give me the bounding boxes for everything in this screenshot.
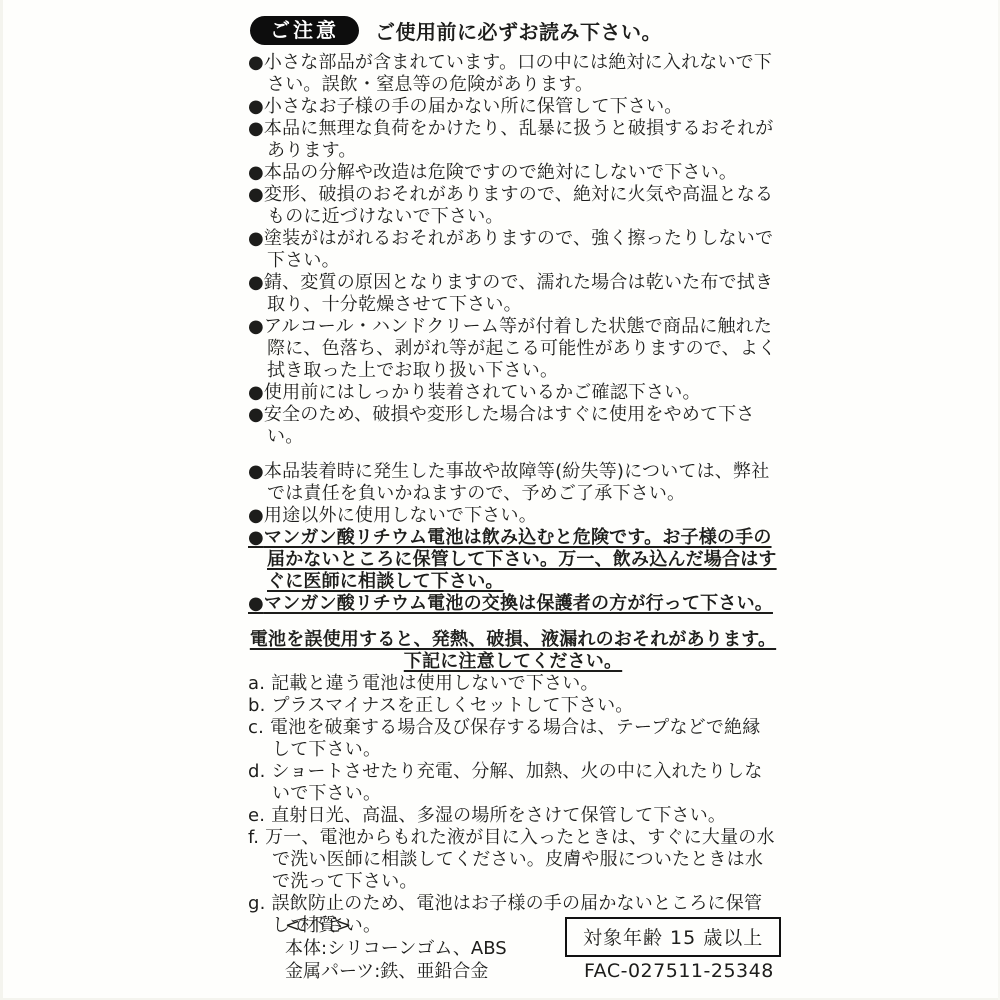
bullet-icon: ● — [248, 527, 264, 548]
materials-block: <材質> 本体:シリコーンゴム、ABS 金属パーツ:鉄、亜鉛合金 — [285, 914, 507, 983]
bullet-icon: ● — [248, 272, 264, 293]
materials-title: <材質> — [285, 914, 507, 937]
general-warnings-list: ●小さな部品が含まれています。口の中には絶対に入れないで下さい。誤飲・窒息等の危… — [248, 52, 778, 448]
liability-warnings-list: ●本品装着時に発生した事故や故障等(紛失等)については、弊社では責任を負いかねま… — [248, 461, 778, 615]
battery-warning-underlined: ●マンガン酸リチウム電池の交換は保護者の方が行って下さい。 — [248, 593, 778, 615]
warning-item: ●小さなお子様の手の届かない所に保管して下さい。 — [248, 96, 778, 118]
battery-caution-list: a. 記載と違う電池は使用しないで下さい。 b. プラスマイナスを正しくセットし… — [248, 673, 778, 937]
material-line: 金属パーツ:鉄、亜鉛合金 — [285, 960, 507, 983]
battery-caution-heading-line2: 下記に注意してください。 — [248, 651, 778, 673]
battery-item-f: f. 万一、電池からもれた液が目に入ったときは、すぐに大量の水で洗い医師に相談し… — [248, 827, 778, 893]
item-label: b. — [248, 695, 266, 716]
bullet-icon: ● — [248, 505, 264, 526]
item-label: d. — [248, 761, 266, 782]
battery-caution-section: 電池を誤使用すると、発熱、破損、液漏れのおそれがあります。 下記に注意してくださ… — [248, 629, 778, 937]
item-label: g. — [248, 893, 266, 914]
warning-text: 使用前にはしっかり装着されているかご確認下さい。 — [264, 382, 701, 403]
item-text: 万一、電池からもれた液が目に入ったときは、すぐに大量の水で洗い医師に相談してくだ… — [265, 827, 775, 892]
caution-badge: ご注意 — [250, 16, 359, 45]
bullet-icon: ● — [248, 52, 264, 73]
bullet-icon: ● — [248, 96, 264, 117]
warning-text: 本品装着時に発生した事故や故障等(紛失等)については、弊社では責任を負いかねます… — [264, 461, 769, 504]
item-label: a. — [248, 673, 265, 694]
battery-item-c: c. 電池を破棄する場合及び保存する場合は、テープなどで絶縁して下さい。 — [248, 717, 778, 761]
bullet-icon: ● — [248, 382, 264, 403]
warning-text: 塗装がはがれるおそれがありますので、強く擦ったりしないで下さい。 — [264, 228, 773, 271]
warning-item: ●錆、変質の原因となりますので、濡れた場合は乾いた布で拭き取り、十分乾燥させて下… — [248, 272, 778, 316]
warning-item: ●使用前にはしっかり装着されているかご確認下さい。 — [248, 382, 778, 404]
battery-item-d: d. ショートさせたり充電、分解、加熱、火の中に入れたりしないで下さい。 — [248, 761, 778, 805]
item-text: プラスマイナスを正しくセットして下さい。 — [271, 695, 633, 716]
warning-item: ●アルコール・ハンドクリーム等が付着した状態で商品に触れた際に、色落ち、剥がれ等… — [248, 316, 778, 382]
warning-item: ●本品装着時に発生した事故や故障等(紛失等)については、弊社では責任を負いかねま… — [248, 461, 778, 505]
warning-text: 小さなお子様の手の届かない所に保管して下さい。 — [264, 96, 683, 117]
age-limit-box: 対象年齢 15 歳以上 — [565, 917, 781, 957]
item-text: ショートさせたり充電、分解、加熱、火の中に入れたりしないで下さい。 — [271, 761, 762, 804]
material-line: 本体:シリコーンゴム、ABS — [285, 937, 507, 960]
warning-item: ●本品の分解や改造は危険ですので絶対にしないで下さい。 — [248, 162, 778, 184]
warning-text: 錆、変質の原因となりますので、濡れた場合は乾いた布で拭き取り、十分乾燥させて下さ… — [264, 272, 773, 315]
warning-item: ●変形、破損のおそれがありますので、絶対に火気や高温となるものに近づけないで下さ… — [248, 184, 778, 228]
header: ご注意 ご使用前に必ずお読み下さい。 — [250, 16, 662, 45]
item-label: f. — [248, 827, 259, 848]
warning-text: マンガン酸リチウム電池の交換は保護者の方が行って下さい。 — [264, 593, 773, 614]
warning-text: 変形、破損のおそれがありますので、絶対に火気や高温となるものに近づけないで下さい… — [264, 184, 773, 227]
battery-warning-underlined: ●マンガン酸リチウム電池は飲み込むと危険です。お子様の手の届かないところに保管し… — [248, 527, 778, 593]
warning-text: 本品に無理な負荷をかけたり、乱暴に扱うと破損するおそれがあります。 — [264, 118, 774, 161]
warning-text: 安全のため、破損や変形した場合はすぐに使用をやめて下さい。 — [264, 404, 755, 447]
warning-text: 本品の分解や改造は危険ですので絶対にしないで下さい。 — [264, 162, 737, 183]
item-label: c. — [248, 717, 264, 738]
item-text: 記載と違う電池は使用しないで下さい。 — [271, 673, 599, 694]
warning-text: アルコール・ハンドクリーム等が付着した状態で商品に触れた際に、色落ち、剥がれ等が… — [264, 316, 776, 381]
item-text: 電池を破棄する場合及び保存する場合は、テープなどで絶縁して下さい。 — [270, 717, 761, 760]
warning-item: ●本品に無理な負荷をかけたり、乱暴に扱うと破損するおそれがあります。 — [248, 118, 778, 162]
bullet-icon: ● — [248, 461, 264, 482]
bullet-icon: ● — [248, 404, 264, 425]
battery-caution-heading-line1: 電池を誤使用すると、発熱、破損、液漏れのおそれがあります。 — [248, 629, 778, 651]
item-label: e. — [248, 805, 265, 826]
bullet-icon: ● — [248, 162, 264, 183]
warning-text: 小さな部品が含まれています。口の中には絶対に入れないで下さい。誤飲・窒息等の危険… — [264, 52, 772, 95]
battery-item-b: b. プラスマイナスを正しくセットして下さい。 — [248, 695, 778, 717]
warning-item: ●用途以外に使用しないで下さい。 — [248, 505, 778, 527]
caution-sheet: ご注意 ご使用前に必ずお読み下さい。 ●小さな部品が含まれています。口の中には絶… — [0, 0, 1000, 1000]
warning-item: ●塗装がはがれるおそれがありますので、強く擦ったりしないで下さい。 — [248, 228, 778, 272]
warning-item: ●安全のため、破損や変形した場合はすぐに使用をやめて下さい。 — [248, 404, 778, 448]
item-text: 直射日光、高温、多湿の場所をさけて保管して下さい。 — [271, 805, 726, 826]
battery-item-a: a. 記載と違う電池は使用しないで下さい。 — [248, 673, 778, 695]
battery-item-e: e. 直射日光、高温、多湿の場所をさけて保管して下さい。 — [248, 805, 778, 827]
bullet-icon: ● — [248, 184, 264, 205]
bullet-icon: ● — [248, 316, 264, 337]
page-title: ご使用前に必ずお読み下さい。 — [375, 16, 662, 45]
warnings-body: ●小さな部品が含まれています。口の中には絶対に入れないで下さい。誤飲・窒息等の危… — [248, 52, 778, 937]
bullet-icon: ● — [248, 228, 264, 249]
warning-text: マンガン酸リチウム電池は飲み込むと危険です。お子様の手の届かないところに保管して… — [264, 527, 777, 592]
warning-item: ●小さな部品が含まれています。口の中には絶対に入れないで下さい。誤飲・窒息等の危… — [248, 52, 778, 96]
warning-text: 用途以外に使用しないで下さい。 — [264, 505, 537, 526]
product-code: FAC-027511-25348 — [584, 960, 774, 982]
bullet-icon: ● — [248, 593, 264, 614]
bullet-icon: ● — [248, 118, 264, 139]
